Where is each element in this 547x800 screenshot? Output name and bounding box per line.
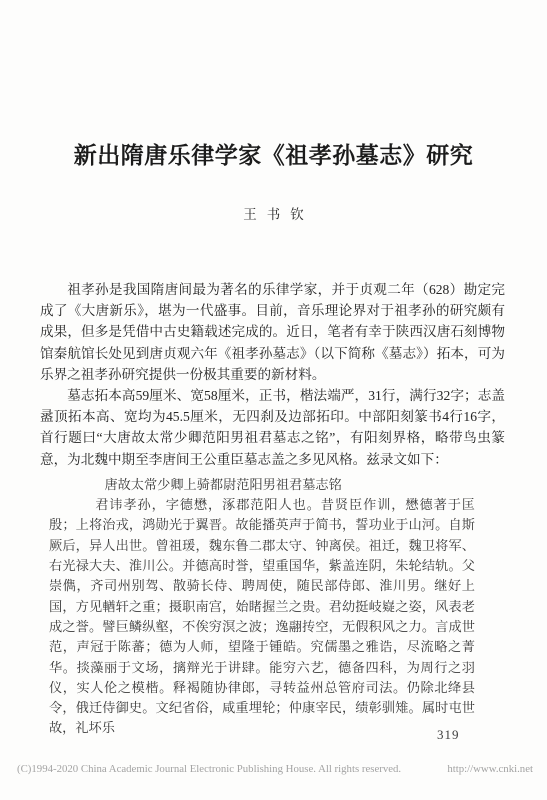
- copyright-notice: (C)1994-2020 China Academic Journal Elec…: [17, 763, 401, 775]
- body-paragraph: 墓志拓本高59厘米、宽58厘米，正书，楷法端严，31行，满行32字；志盖盝顶拓本…: [40, 385, 505, 470]
- epitaph-quote-block: 唐故太常少卿上骑都尉范阳男祖君墓志铭 君讳孝孙，字德懋，涿郡范阳人也。昔贤臣作训…: [49, 475, 475, 739]
- epitaph-text: 君讳孝孙，字德懋，涿郡范阳人也。昔贤臣作训，懋德著于匡殷；上将治戎，鸿勋光于翼晋…: [49, 495, 475, 739]
- body-paragraph: 祖孝孙是我国隋唐间最为著名的乐律学家，并于贞观二年（628）勘定完成了《大唐新乐…: [40, 279, 505, 385]
- article-body: 祖孝孙是我国隋唐间最为著名的乐律学家，并于贞观二年（628）勘定完成了《大唐新乐…: [40, 279, 505, 739]
- scan-footer: (C)1994-2020 China Academic Journal Elec…: [17, 763, 533, 775]
- epitaph-heading: 唐故太常少卿上骑都尉范阳男祖君墓志铭: [49, 475, 475, 495]
- cnki-url: http://www.cnki.net: [447, 763, 533, 775]
- page-number: 319: [437, 727, 460, 743]
- journal-page: 新出隋唐乐律学家《祖孝孙墓志》研究 王书钦 祖孝孙是我国隋唐间最为著名的乐律学家…: [0, 0, 547, 800]
- page-title: 新出隋唐乐律学家《祖孝孙墓志》研究: [0, 137, 547, 170]
- author-name: 王书钦: [0, 203, 547, 223]
